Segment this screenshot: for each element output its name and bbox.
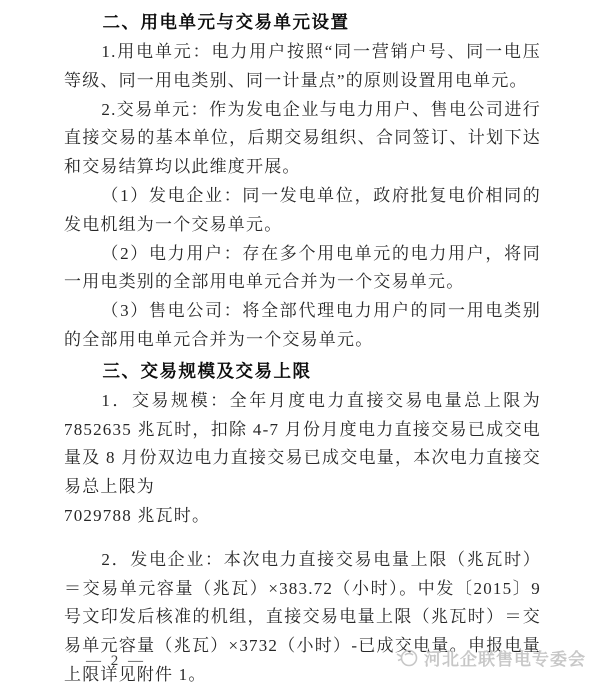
trading-scale-text-part1: 1．交易规模：全年月度电力直接交易电量总上限为 7852635 兆瓦时，扣除 4… xyxy=(64,391,541,496)
watermark-logo-icon xyxy=(395,646,419,670)
paragraph-generation-enterprise: （1）发电企业：同一发电单位，政府批复电价相同的发电机组为一个交易单元。 xyxy=(64,182,541,240)
page-footer: — 2 — 河北企联售电专委会 xyxy=(0,645,594,685)
paragraph-trading-scale: 1．交易规模：全年月度电力直接交易电量总上限为 7852635 兆瓦时，扣除 4… xyxy=(64,387,541,531)
paragraph-electricity-retailer: （3）售电公司：将全部代理电力用户的同一用电类别的全部用电单元合并为一个交易单元… xyxy=(64,297,541,355)
document-page: 二、用电单元与交易单元设置 1.用电单元：电力用户按照“同一营销户号、同一电压等… xyxy=(0,0,594,685)
paragraph-electric-unit-definition: 1.用电单元：电力用户按照“同一营销户号、同一电压等级、同一用电类别、同一计量点… xyxy=(64,38,541,96)
paragraph-power-user: （2）电力用户：存在多个用电单元的电力用户，将同一用电类别的全部用电单元合并为一… xyxy=(64,240,541,298)
page-number: — 2 — xyxy=(86,653,146,670)
document-body: 二、用电单元与交易单元设置 1.用电单元：电力用户按照“同一营销户号、同一电压等… xyxy=(64,6,541,685)
trading-scale-text-part2: 7029788 兆瓦时。 xyxy=(64,506,210,525)
section-heading-trading-scale: 三、交易规模及交易上限 xyxy=(64,355,541,387)
watermark: 河北企联售电专委会 xyxy=(395,645,586,670)
watermark-text: 河北企联售电专委会 xyxy=(424,645,586,670)
section-heading-electric-units: 二、用电单元与交易单元设置 xyxy=(64,6,541,38)
paragraph-trading-unit-definition: 2.交易单元：作为发电企业与电力用户、售电公司进行直接交易的基本单位，后期交易组… xyxy=(64,96,541,182)
